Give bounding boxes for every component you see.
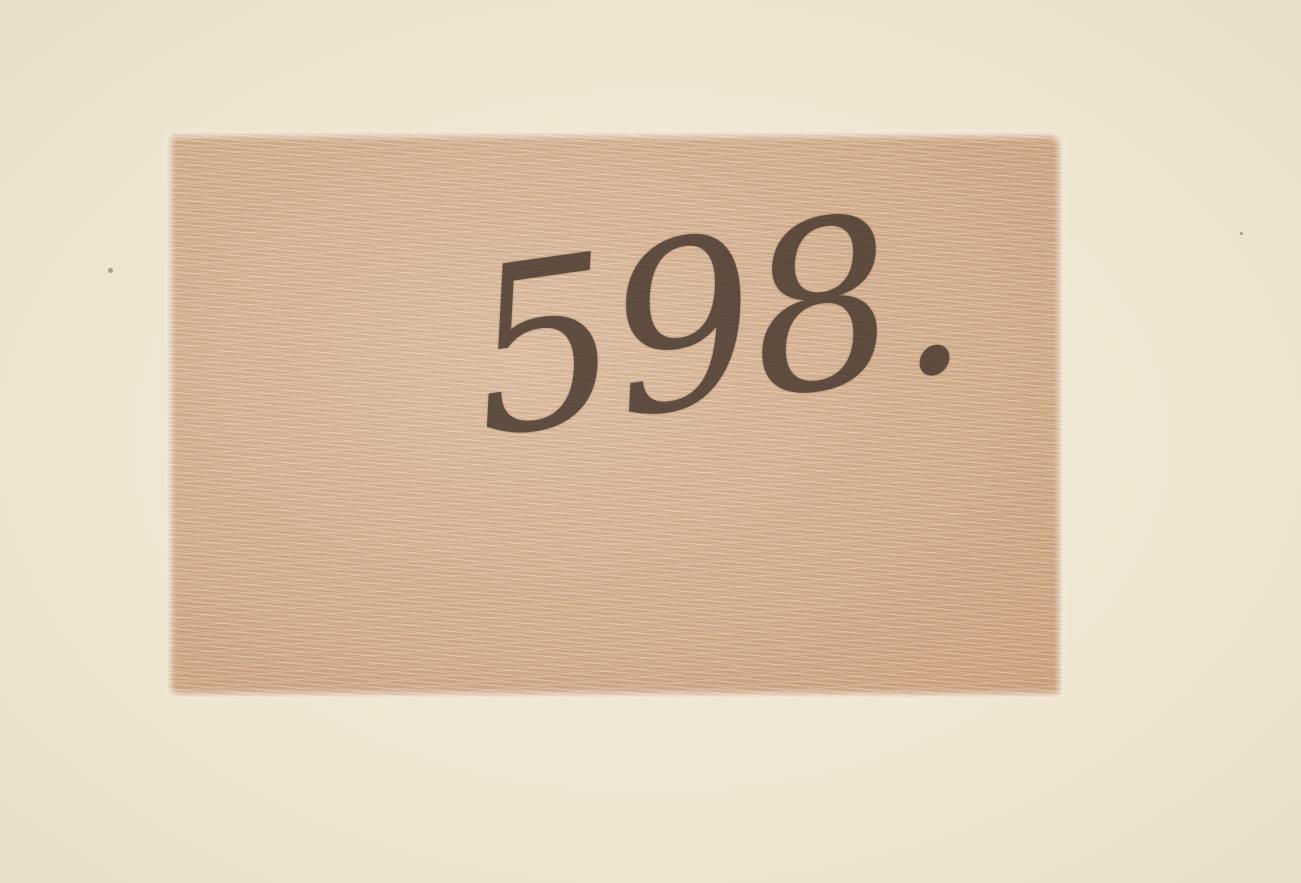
paper-label: 598. [170, 135, 1060, 695]
paper-speck [108, 268, 113, 273]
paper-speck [1240, 232, 1243, 235]
